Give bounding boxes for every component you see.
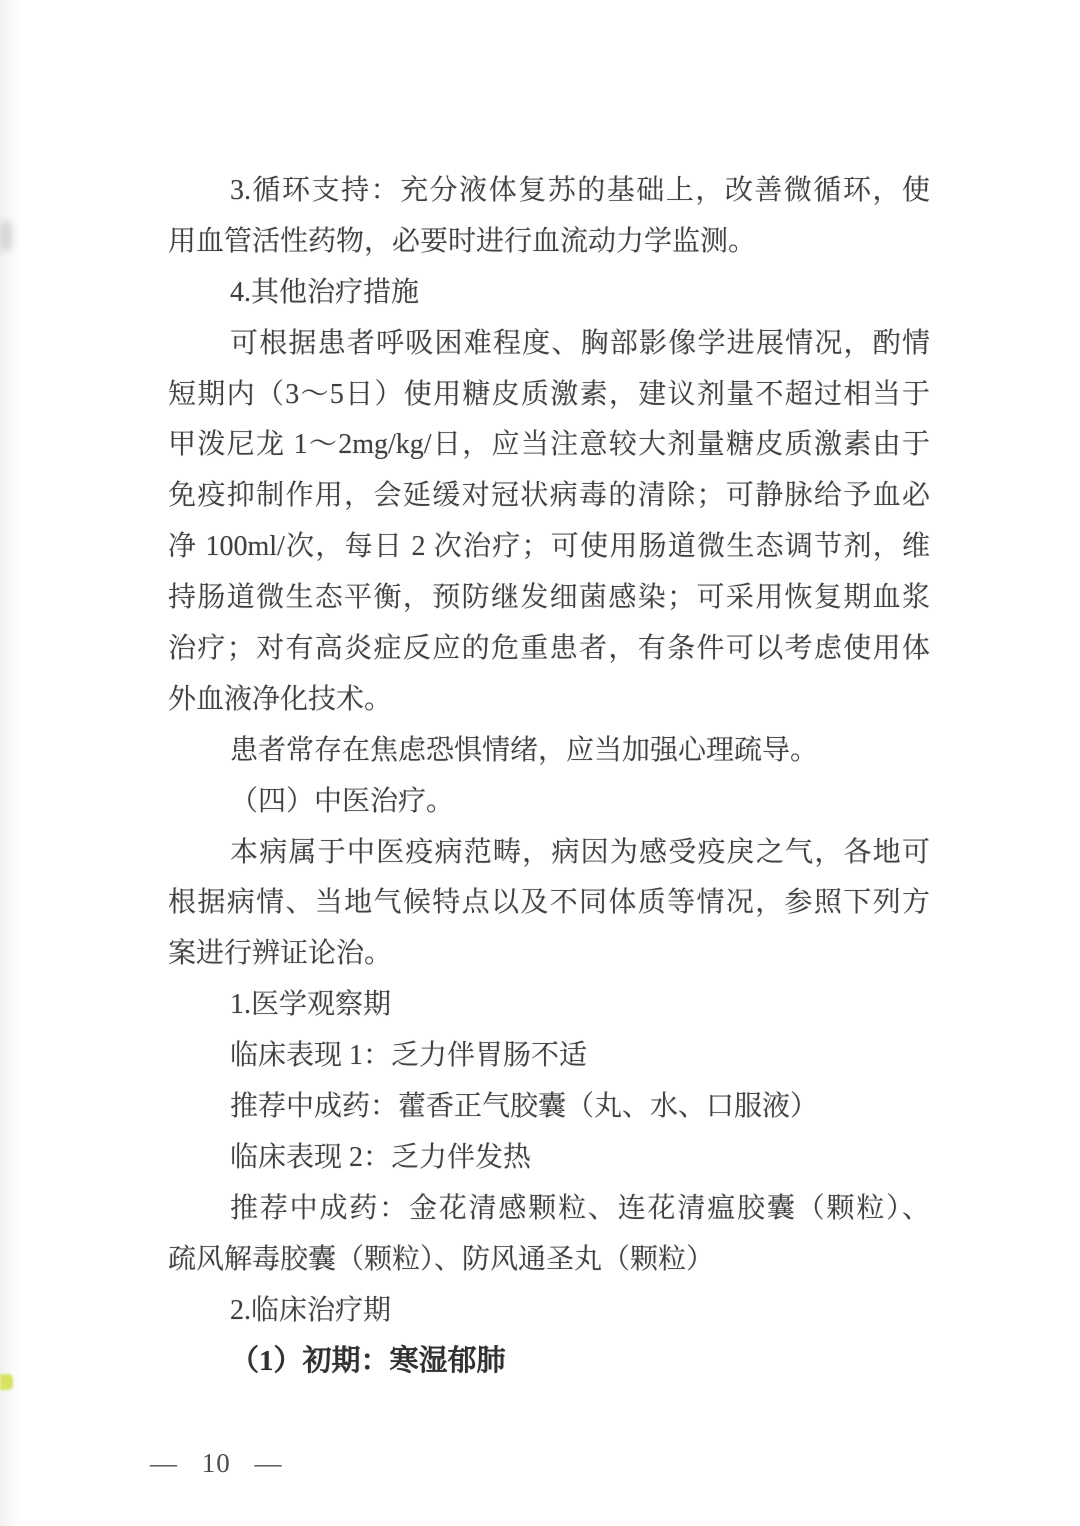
text-line: 甲泼尼龙 1～2mg/kg/日，应当注意较大剂量糖皮质激素由于 xyxy=(168,420,930,471)
text-line: 3.循环支持：充分液体复苏的基础上，改善微循环，使 xyxy=(168,166,930,217)
list-item-heading: 1.医学观察期 xyxy=(168,980,930,1031)
text-line: 临床表现 2：乏力伴发热 xyxy=(168,1133,930,1184)
text-line: 净 100ml/次，每日 2 次治疗；可使用肠道微生态调节剂，维 xyxy=(168,522,930,573)
text-line: 外血液净化技术。 xyxy=(168,675,930,726)
document-page: 3.循环支持：充分液体复苏的基础上，改善微循环，使 用血管活性药物，必要时进行血… xyxy=(0,0,1080,1526)
text-line: 推荐中成药：金花清感颗粒、连花清瘟胶囊（颗粒）、 xyxy=(168,1184,930,1235)
text-line: 免疫抑制作用，会延缓对冠状病毒的清除；可静脉给予血必 xyxy=(168,471,930,522)
list-item-heading: 2.临床治疗期 xyxy=(168,1286,930,1337)
page-number: — 10 — xyxy=(150,1446,283,1480)
text-line: 短期内（3～5日）使用糖皮质激素，建议剂量不超过相当于 xyxy=(168,370,930,421)
section-heading: （四）中医治疗。 xyxy=(168,777,930,828)
document-text-block: 3.循环支持：充分液体复苏的基础上，改善微循环，使 用血管活性药物，必要时进行血… xyxy=(168,166,930,1387)
text-line: 案进行辨证论治。 xyxy=(168,929,930,980)
text-line: 临床表现 1：乏力伴胃肠不适 xyxy=(168,1031,930,1082)
text-line: 患者常存在焦虑恐惧情绪，应当加强心理疏导。 xyxy=(168,726,930,777)
list-item-heading: 4.其他治疗措施 xyxy=(168,268,930,319)
text-line: 治疗；对有高炎症反应的危重患者，有条件可以考虑使用体 xyxy=(168,624,930,675)
text-line: 可根据患者呼吸困难程度、胸部影像学进展情况，酌情 xyxy=(168,319,930,370)
text-line: 疏风解毒胶囊（颗粒）、防风通圣丸（颗粒） xyxy=(168,1235,930,1286)
highlight-artifact xyxy=(0,1374,13,1390)
scan-smudge xyxy=(0,222,12,250)
text-line: 推荐中成药：藿香正气胶囊（丸、水、口服液） xyxy=(168,1082,930,1133)
text-line: 用血管活性药物，必要时进行血流动力学监测。 xyxy=(168,217,930,268)
text-line: 本病属于中医疫病范畴，病因为感受疫戾之气，各地可 xyxy=(168,828,930,879)
subsection-heading: （1）初期：寒湿郁肺 xyxy=(168,1336,930,1387)
text-line: 根据病情、当地气候特点以及不同体质等情况，参照下列方 xyxy=(168,878,930,929)
text-line: 持肠道微生态平衡，预防继发细菌感染；可采用恢复期血浆 xyxy=(168,573,930,624)
